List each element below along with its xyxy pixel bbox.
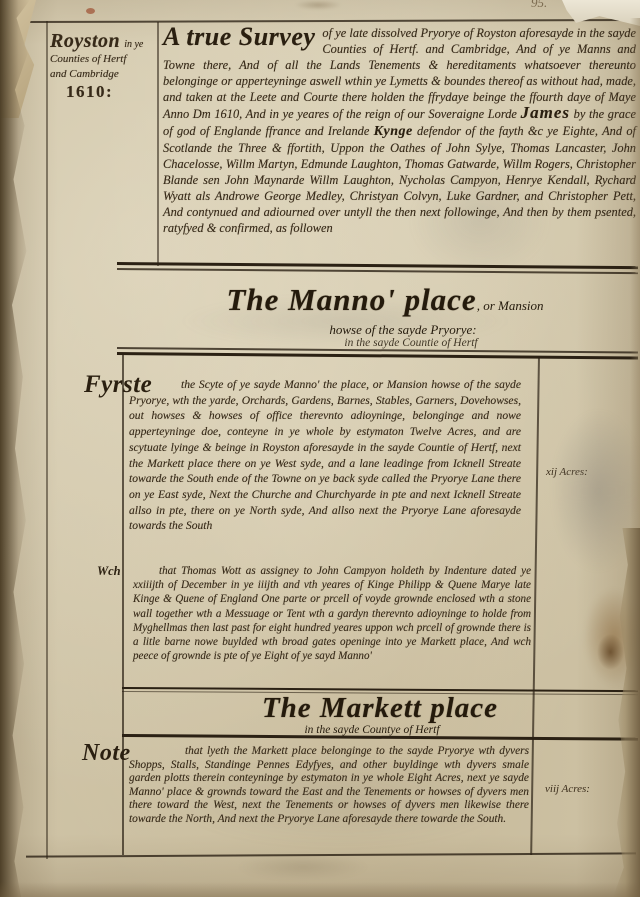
survey-initial-words: A true Survey [163,25,315,49]
manor-heading-title: The Manno' place [226,282,476,317]
manor-heading-subline: howse of the sayde Pryorye: [168,323,638,337]
manor-section-paragraph: the Scyte of ye sayde Manno' the place, … [129,377,521,534]
double-rule-line [117,268,638,274]
manuscript-page: 95. Royston in ye Counties of Hertf and … [0,0,640,897]
bottom-rule-line [26,852,636,857]
market-section-initial: Note [82,740,131,767]
acreage-margin-note: viij Acres: [545,783,590,795]
folio-number: 95. [531,0,547,11]
manor-heading-suffix: , or Mansion [477,298,544,313]
manor-heading-title-row: The Manno' place, or Mansion [150,283,620,323]
double-rule-line [117,262,638,269]
red-speck [86,8,95,14]
margin-year: 1610: [66,84,158,99]
market-section-paragraph: that lyeth the Markett place belonginge … [129,745,529,827]
manor-heading: The Manno' place, or Mansion howse of th… [150,283,620,350]
double-rule-line [117,352,638,359]
margin-place-name: Royston [50,30,120,52]
left-page-rule-line [46,21,48,859]
king-title: Kynge [374,124,413,139]
market-heading-title: The Markett place [150,693,610,724]
market-heading-subline: in the sayde Countye of Hertf [142,724,602,736]
manor-heading-subline2: in the sayde Countie of Hertf [176,337,640,350]
right-edge-shadow [630,18,640,530]
margin-place-line: Royston in ye [50,34,158,52]
survey-text-part3: defendor of the fayth &c ye Eighte, And … [163,124,636,236]
survey-paragraph: A true Surveyof ye late dissolved Pryory… [163,25,636,236]
top-smudge [295,0,341,10]
torn-left-edge [0,0,30,897]
margin-county-line: Counties of Hertf [50,52,158,67]
column-right-rule-line [530,356,540,855]
king-name: James [521,103,570,122]
acreage-margin-note: xij Acres: [546,466,588,478]
brown-stain-dark [597,634,624,670]
top-rule-line [28,19,634,23]
margin-header: Royston in ye Counties of Hertf and Camb… [50,34,158,99]
torn-right-edge [613,528,640,897]
margin-county-line2: and Cambridge [50,67,158,82]
margin-place-suffix: in ye [124,39,143,50]
wott-entry-initial: Wch [97,564,121,579]
market-heading: The Markett place in the sayde Countye o… [150,693,610,736]
bottom-smudge [238,854,368,880]
column-left-rule-line [122,353,124,855]
wott-entry-paragraph: that Thomas Wott as assigney to John Cam… [133,564,531,663]
torn-corner-top-right [562,0,640,26]
bottom-edge-shadow [0,882,640,897]
